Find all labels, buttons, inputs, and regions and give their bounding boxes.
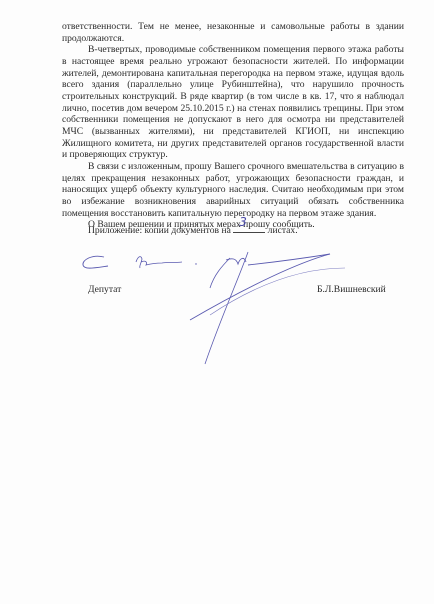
signatory-name: Б.Л.Вишневский: [317, 284, 386, 295]
paragraph: В-четвертых, проводимые собственником по…: [62, 44, 404, 161]
signatory-role: Депутат: [88, 284, 121, 295]
attachment-prefix: Приложение: копии документов на: [88, 225, 231, 236]
paragraph: ответственности. Тем не менее, незаконны…: [62, 21, 404, 44]
document-page: ответственности. Тем не менее, незаконны…: [0, 0, 434, 604]
page-count-blank: 3: [233, 222, 265, 233]
attachment-suffix: листах.: [268, 225, 298, 236]
letter-body: ответственности. Тем не менее, незаконны…: [62, 21, 404, 231]
handwritten-page-count: 3: [239, 216, 247, 228]
paragraph: В связи с изложенным, прошу Вашего срочн…: [62, 161, 404, 219]
attachment-line: Приложение: копии документов на 3 листах…: [88, 222, 298, 237]
